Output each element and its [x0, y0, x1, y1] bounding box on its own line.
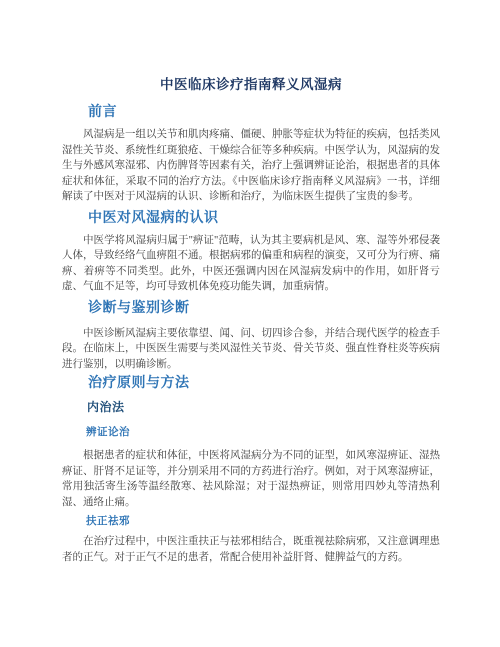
paragraph-syndrome-differentiation: 根据患者的症状和体征，中医将风湿病分为不同的证型，如风寒湿痹证、湿热痹证、肝肾不… — [62, 448, 440, 510]
heading-syndrome-differentiation: 辨证论治 — [86, 425, 440, 439]
paragraph-preface: 风湿病是一组以关节和肌肉疼痛、僵硬、肿胀等症状为特征的疾病，包括类风湿性关节炎、… — [62, 127, 440, 205]
paragraph-diagnosis: 中医诊断风湿病主要依靠望、闻、问、切四诊合参，并结合现代医学的检查手段。在临床上… — [62, 326, 440, 373]
heading-preface: 前言 — [88, 103, 440, 119]
document-title: 中医临床诊疗指南释义风湿病 — [62, 77, 440, 93]
heading-tcm-understanding: 中医对风湿病的认识 — [88, 209, 440, 225]
heading-strengthen-expel: 扶正祛邪 — [86, 514, 440, 528]
heading-internal-treatment: 内治法 — [87, 400, 440, 415]
heading-treatment-principles: 治疗原则与方法 — [88, 374, 440, 390]
paragraph-strengthen-expel: 在治疗过程中，中医注重扶正与祛邪相结合，既重视祛除病邪，又注意调理患者的正气。对… — [62, 534, 440, 565]
document-page: 中医临床诊疗指南释义风湿病 前言 风湿病是一组以关节和肌肉疼痛、僵硬、肿胀等症状… — [0, 0, 500, 647]
paragraph-tcm-understanding: 中医学将风湿病归属于"痹证"范畴，认为其主要病机是风、寒、湿等外邪侵袭人体，导致… — [62, 233, 440, 295]
heading-diagnosis: 诊断与鉴别诊断 — [88, 299, 440, 315]
